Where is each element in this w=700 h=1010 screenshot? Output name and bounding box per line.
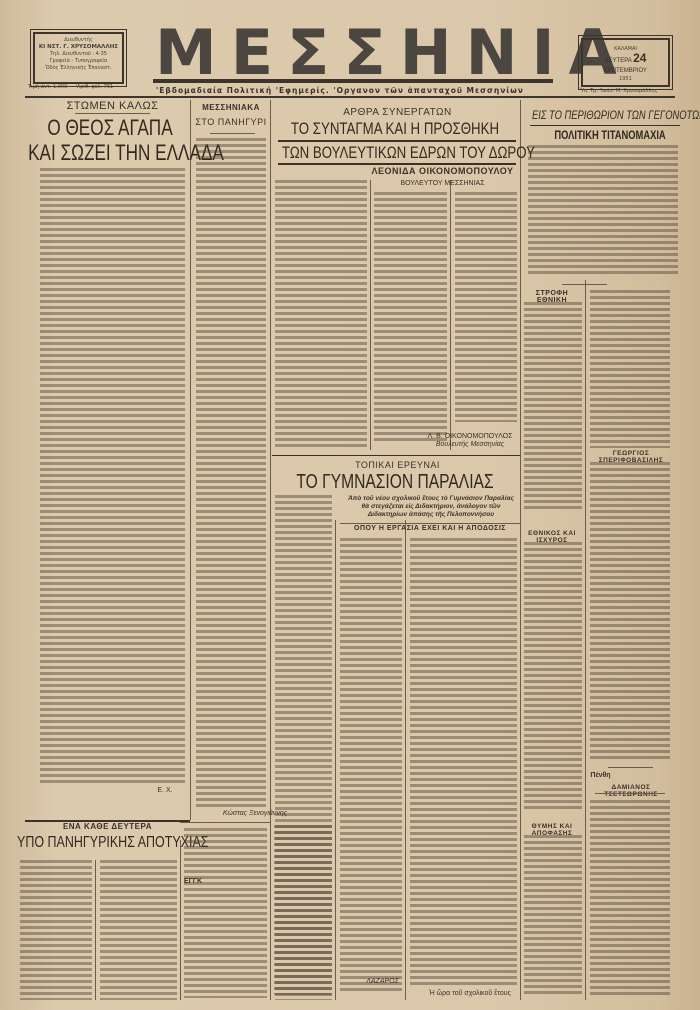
article-signature-role: Βουλευτής Μεσσηνίας: [420, 441, 520, 448]
kicker-underline: [75, 113, 150, 114]
section-divider: [180, 822, 270, 823]
inline-emphasis: ΕΓΓΚ: [183, 878, 203, 885]
article-headline: ΚΑΙ ΣΩΖΕΙ ΤΗΝ ΕΛΛΑΔΑ: [28, 140, 192, 166]
article-headline: ΤΟ ΣΥΝΤΑΓΜΑ ΚΑΙ Η ΠΡΟΣΘΗΚΗ: [282, 119, 508, 139]
article-body: [184, 828, 267, 998]
article-body: [274, 825, 332, 995]
article-kicker: ΕΝΑ ΚΑΘΕ ΔΕΥΤΕΡΑ: [30, 822, 185, 831]
article-author-role: ΒΟΥΛΕΥΤΟΥ ΜΕΣΣΗΝΙΑΣ: [370, 180, 515, 187]
masthead-bottom-rule: [25, 96, 675, 98]
publisher-address: Ὁδὸς Ἑλληνικῆς Ἐπαναστ.: [35, 65, 122, 72]
headline-underline: [595, 793, 665, 794]
article-body: [340, 538, 402, 993]
column-divider: [450, 180, 451, 450]
masthead-title: ΜΕΣΣΗΝΙΑ: [155, 22, 575, 84]
article-body: [196, 138, 266, 808]
masthead-subtitle: 'Εβδομαδιαία Πολιτική 'Εφημερίς. 'Οργανο…: [156, 86, 576, 95]
section-divider: [562, 284, 607, 285]
article-kicker: ΜΕΣΣΗΝΙΑΚΑ: [195, 103, 267, 112]
article-headline: ΣΤΟ ΠΑΝΗΓΥΡΙ: [195, 117, 267, 127]
article-kicker: ΣΤΩΜΕΝ ΚΑΛΩΣ: [40, 100, 185, 112]
publisher-label: Διευθυντής: [35, 37, 122, 44]
article-kicker: ΑΡΘΡΑ ΣΥΝΕΡΓΑΤΩΝ: [280, 107, 515, 118]
date-city: ΚΑΛΑΜΑΙ: [583, 46, 668, 53]
newspaper-page: Διευθυντής ΚΙ ΝΣΤ. Γ. ΧΡΥΣΟΜΑΛΛΗΣ Τηλ. Δ…: [0, 0, 700, 1010]
publisher-name: ΚΙ ΝΣΤ. Γ. ΧΡΥΣΟΜΑΛΛΗΣ: [35, 44, 122, 51]
article-body: [524, 302, 582, 512]
column-divider: [405, 520, 406, 1000]
article-body: [20, 860, 92, 1000]
column-divider: [335, 520, 336, 1000]
article-kicker: ΕΙΣ ΤΟ ΠΕΡΙΘΩΡΙΟΝ ΤΩΝ ΓΕΓΟΝΟΤΩΝ: [532, 108, 688, 122]
issue-price: Τιμή ἀντ. 1.000 — 'Αριθ. φύλ. 761: [28, 84, 128, 91]
obituary-label: Πένθη: [588, 772, 613, 779]
section-divider: [340, 523, 520, 524]
date-day: ΔΕΥΤΕΡΑ: [605, 58, 632, 64]
column-divider: [95, 860, 96, 1000]
article-headline: Ο ΘΕΟΣ ΑΓΑΠΑ: [40, 115, 180, 141]
article-closing: Ἡ ὥρα τοῦ σχολικοῦ ἔτους: [420, 990, 520, 997]
article-signature: ΛΑΖΑΡΟΣ: [360, 978, 405, 985]
article-subhead: ΟΠΟΥ Η ΕΡΓΑΣΙΑ ΕΧΕΙ ΚΑΙ Η ΑΠΟΔΟΣΙΣ: [340, 525, 520, 532]
kicker-underline: [530, 125, 680, 126]
column-divider: [190, 100, 191, 820]
section-divider: [272, 455, 520, 456]
date-month: ΣΕΠΤΕΜΒΡΙΟΥ: [604, 68, 647, 74]
article-body: [590, 800, 670, 995]
date-box: ΚΑΛΑΜΑΙ ΔΕΥΤΕΡΑ 24 ΣΕΠΤΕΜΒΡΙΟΥ 1951: [581, 38, 670, 87]
article-signature: Λ. Β. ΟΙΚΟΝΟΜΟΠΟΥΛΟΣ: [420, 433, 520, 440]
article-body: [374, 192, 447, 442]
article-headline: ΔΑΜΙΑΝΟΣ ΤΣΕΤΣΩΡΩΝΗΣ: [586, 784, 676, 798]
article-body: [524, 542, 582, 812]
article-headline: ΤΩΝ ΒΟΥΛΕΥΤΙΚΩΝ ΕΔΡΩΝ ΤΟΥ ΔΩΡΟΥ: [282, 143, 508, 163]
article-body: [40, 168, 185, 786]
article-body: [100, 860, 177, 1000]
publisher-office: Γραφεῖα - Τυπογραφεῖα: [35, 58, 122, 65]
date-number: 24: [633, 51, 646, 65]
headline-underline: [278, 140, 516, 142]
column-divider: [585, 280, 586, 1000]
editor-caption: Ὑπ. Τμ. 'Ιωάν. Μ. Χρυσομάλλης: [580, 88, 680, 95]
column-divider: [520, 100, 521, 1000]
headline-underline: [210, 133, 255, 134]
section-divider: [608, 767, 653, 768]
article-deck: Ἀπὸ τοῦ νέου σχολικοῦ ἔτους τὸ Γυμνάσιον…: [345, 495, 517, 519]
article-body: [410, 538, 517, 988]
masthead-rule: [153, 79, 553, 83]
date-year: 1951: [583, 76, 668, 83]
article-author: ΛΕΟΝΙΔΑ ΟΙΚΟΝΟΜΟΠΟΥΛΟΥ: [370, 166, 515, 176]
article-body: [590, 290, 670, 448]
article-body: [275, 180, 367, 450]
article-signature: Ε. Χ.: [150, 787, 180, 794]
article-body: [524, 835, 582, 995]
article-body: [590, 462, 670, 762]
article-kicker: ΤΟΠΙΚΑΙ ΕΡΕΥΝΑΙ: [275, 460, 520, 470]
article-body: [528, 145, 678, 275]
headline-underline: [278, 163, 516, 165]
article-headline: ΠΟΛΙΤΙΚΗ ΤΙΤΑΝΟΜΑΧΙΑ: [540, 128, 680, 142]
article-headline: ΤΟ ΓΥΜΝΑΣΙΟΝ ΠΑΡΑΛΙΑΣ: [278, 471, 512, 494]
column-divider: [270, 100, 271, 1000]
column-divider: [370, 180, 371, 450]
publisher-phone: Τηλ. Διευθυντοῦ : 4-35: [35, 51, 122, 58]
article-body: [455, 192, 517, 422]
column-divider: [180, 840, 181, 1000]
publisher-box: Διευθυντής ΚΙ ΝΣΤ. Γ. ΧΡΥΣΟΜΑΛΛΗΣ Τηλ. Δ…: [33, 32, 124, 84]
article-headline: ΥΠΟ ΠΑΝΗΓΥΡΙΚΗΣ ΑΠΟΤΥΧΙΑΣ: [17, 834, 173, 852]
